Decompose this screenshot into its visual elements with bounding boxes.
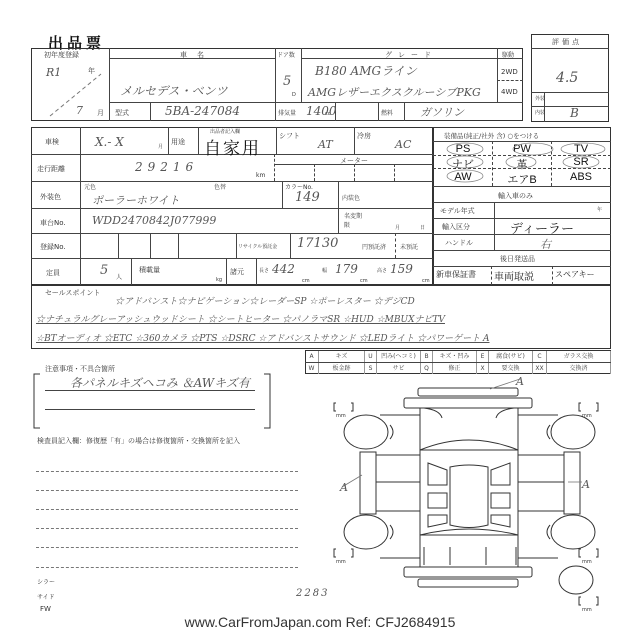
- inspection-label: 車検: [45, 137, 59, 147]
- registration-label: 登録No.: [40, 242, 66, 252]
- car-damage-diagram: A A A mm mm mm mm mm: [320, 375, 630, 615]
- import-type-label: 輸入区分: [442, 222, 470, 232]
- handle-value: 右: [540, 236, 551, 252]
- dimensions-label: 諸元: [230, 267, 244, 277]
- shift-label: シフト: [279, 131, 300, 141]
- exterior-color-value: ポーラーホワイト: [92, 192, 180, 208]
- label-fw: FW: [40, 605, 51, 613]
- drive-4wd: 4WD: [501, 88, 518, 96]
- sales-points-label: セールスポイント: [45, 288, 100, 298]
- legend-code: X: [477, 363, 489, 374]
- grade-line2: AMGレザーエクスクルーシブPKG: [308, 84, 481, 100]
- model-code-label: 型式: [115, 108, 129, 118]
- color-number: 149: [295, 190, 320, 205]
- chassis-label: 車台No.: [40, 218, 66, 228]
- doc-warranty: 新車保証書: [436, 269, 476, 280]
- later-docs-label: 後日発送品: [500, 254, 535, 264]
- inspector-notes-label: 検査員記入欄：修復歴「有」の場合は修復箇所・交換箇所を記入: [37, 436, 240, 446]
- svg-text:mm: mm: [336, 413, 346, 419]
- import-only-label: 輸入車のみ: [498, 191, 533, 201]
- slash-mark: [45, 70, 105, 120]
- svg-text:mm: mm: [582, 559, 592, 565]
- capacity-value: 5: [100, 263, 108, 278]
- svg-text:mm: mm: [336, 559, 346, 565]
- drive-2wd: 2WD: [501, 68, 518, 76]
- drive-label: 駆動: [502, 50, 514, 59]
- legend-code: E: [477, 351, 489, 362]
- sales-point-line-1: ☆アドバンスト☆ナビゲーション☆レーダーSP ☆ポーレスター ☆デジCD: [115, 294, 415, 307]
- legend-meaning: 凹み(ヘコミ): [377, 351, 421, 362]
- fuel-value: ガソリン: [420, 104, 464, 120]
- label-sill: シラー: [37, 577, 55, 586]
- shift-value: AT: [318, 138, 333, 151]
- svg-text:mm: mm: [582, 607, 592, 613]
- first-registration-label: 初年度登録: [44, 50, 79, 60]
- sales-point-line-3: ☆BTオーディオ ☆ETC ☆360カメラ ☆PTS ☆DSRC ☆アドバンスト…: [36, 331, 490, 344]
- model-year-label: モデル年式: [440, 206, 475, 216]
- displacement-label: 排気量: [278, 108, 296, 117]
- legend-meaning: 板金跡: [319, 363, 365, 374]
- score-value: 4.5: [556, 70, 578, 86]
- handle-label: ハンドル: [445, 238, 473, 248]
- legend-code: Q: [421, 363, 433, 374]
- legend-meaning: 修正: [433, 363, 477, 374]
- model-code-value: 5BA-247084: [165, 104, 240, 118]
- ac-label: 冷房: [357, 131, 371, 141]
- legend-code: U: [365, 351, 377, 362]
- load-label: 積載量: [139, 265, 160, 275]
- equipment-circles: [433, 141, 611, 186]
- chassis-value: WDD2470842J077999: [92, 214, 216, 227]
- car-name-label: 車名: [180, 50, 214, 60]
- legend-meaning: 交換済: [547, 363, 611, 374]
- damage-mark-right: A: [581, 478, 590, 491]
- mileage-value: 29216: [135, 160, 198, 174]
- doc-spare-key: スペアキー: [555, 269, 595, 280]
- length-value: 442: [272, 262, 295, 276]
- notes-value: 各パネルキズヘコみ ＆AWキズ有: [70, 374, 250, 391]
- score-label: 評価点: [552, 37, 582, 47]
- legend-code: XX: [533, 363, 547, 374]
- doors-label: ドア数: [277, 50, 295, 59]
- legend-meaning: サビ: [377, 363, 421, 374]
- capacity-label: 定員: [46, 268, 60, 278]
- meter-label: メーター: [340, 156, 368, 166]
- damage-mark-left: A: [339, 481, 348, 494]
- legend-code: B: [421, 351, 433, 362]
- height-value: 159: [390, 262, 413, 276]
- sales-point-line-2: ☆ナチュラルグレーアッシュウッドシート ☆シートヒーター ☆パノラマSR ☆HU…: [36, 312, 445, 325]
- legend-meaning: キズ: [319, 351, 365, 362]
- inspection-value: X.- X: [95, 135, 124, 149]
- legend-meaning: 要交換: [489, 363, 533, 374]
- ac-value: AC: [395, 138, 411, 151]
- watermark: www.CarFromJapan.com Ref: CFJ2684915: [0, 614, 640, 630]
- legend-code: W: [305, 363, 319, 374]
- doc-manual: 車両取説: [494, 268, 534, 283]
- import-type-value: ディーラー: [510, 218, 574, 237]
- exterior-color-label: 外装色: [40, 192, 61, 202]
- svg-text:mm: mm: [582, 413, 592, 419]
- legend-meaning: 腐食(サビ): [489, 351, 533, 362]
- damage-mark-front: A: [515, 375, 524, 388]
- legend-code: C: [533, 351, 547, 362]
- width-value: 179: [335, 262, 358, 276]
- usage-value: 自家用: [204, 134, 261, 159]
- legend-code: S: [365, 363, 377, 374]
- mileage-label: 走行距離: [37, 164, 65, 174]
- recycle-amount: 17130: [297, 236, 338, 251]
- grade-line1: B180 AMGライン: [315, 62, 417, 79]
- usage-label: 用途: [171, 137, 185, 147]
- interior-score: B: [570, 106, 579, 120]
- car-name-value: メルセデス・ベンツ: [120, 82, 228, 99]
- doors-value: 5: [283, 74, 291, 89]
- grade-label: グレード: [385, 50, 437, 60]
- displacement-value: 1400: [306, 104, 337, 118]
- equipment-label: 装備品(純正/社外 含) ○をつける: [444, 131, 539, 140]
- legend-meaning: キズ・凹み: [433, 351, 477, 362]
- fuel-label: 燃料: [381, 108, 393, 117]
- label-side: サイド: [37, 592, 55, 601]
- legend-code: A: [305, 351, 319, 362]
- legend-meaning: ガラス交換: [547, 351, 611, 362]
